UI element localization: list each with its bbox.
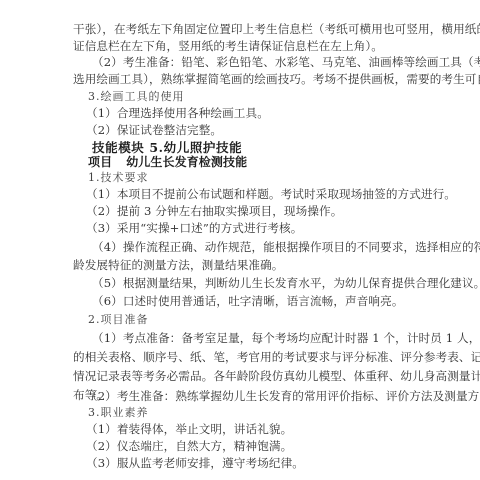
paragraph-line: 证信息栏在左下角，竖用纸的考生请保证信息栏在左上角）。 [73,38,413,55]
list-item: （2）仪态端庄，自然大方，精神饱满。 [86,438,412,455]
list-item: （1）着装得体，举止文明，讲话礼貌。 [86,421,412,438]
list-item: （1）本项目不提前公布试题和样题。考试时采取现场抽签的方式进行。 [86,186,412,203]
list-item-continuation: 龄发展特征的测量方法，测量结果准确。 [73,257,413,274]
list-item: （2）提前 3 分钟左右抽取实操项目，现场操作。 [86,203,412,220]
list-item: （6）口述时使用普通话，吐字清晰，语言流畅，声音响亮。 [92,293,412,310]
list-item: （1）考点准备：备考室足量，每个考场均应配计时器 1 个，计时员 1 人，考生考… [92,330,412,347]
paragraph-line: 选用绘画工具），熟练掌握简笔画的绘画技巧。考场不提供画板，需要的考生可自备。 [73,71,413,88]
project-label: 项目 [88,155,112,169]
project-title: 幼儿生长发育检测技能 [126,155,247,169]
list-item: （4）操作流程正确、动作规范，能根据操作项目的不同要求，选择相应的符合幼儿年 [92,239,412,256]
section-heading: 2.项目准备 [88,311,428,328]
list-item: （3）采用“实操+口述”的方式进行考核。 [86,220,412,237]
list-item: （2）保证试卷整洁完整。 [86,122,412,139]
section-heading: 1.技术要求 [88,169,428,186]
list-item-continuation: 的相关表格、顺序号、纸、笔，考官用的考试要求与评分标准、评分参考表、记分表、考场 [73,349,413,366]
paragraph-line: （2）考生准备：铅笔、彩色铅笔、水彩笔、马克笔、油画棒等绘画工具（考生可任意 [92,54,412,71]
list-item: （5）根据测量结果，判断幼儿生长发育水平，为幼儿保育提供合理化建议。 [92,275,412,292]
document-page: 干张），在考纸左下角固定位置印上考生信息栏（考纸可横用也可竖用，横用纸的考生请保… [0,0,480,480]
list-item: （1）合理选择使用各种绘画工具。 [86,105,412,122]
section-heading: 3.职业素养 [88,404,428,421]
section-heading: 3.绘画工具的使用 [88,88,428,105]
paragraph-line: 干张），在考纸左下角固定位置印上考生信息栏（考纸可横用也可竖用，横用纸的考生请保 [73,21,413,38]
list-item: （3）服从监考老师安排，遵守考场纪律。 [86,455,412,472]
list-item-continuation: 情况记录表等考务必需品。各年龄阶段仿真幼儿模型、体重秤、幼儿身高测量计、软尺、垫 [73,368,413,385]
list-item: （2）考生准备：熟练掌握幼儿生长发育的常用评价指标、评价方法及测量方法。 [86,388,412,405]
